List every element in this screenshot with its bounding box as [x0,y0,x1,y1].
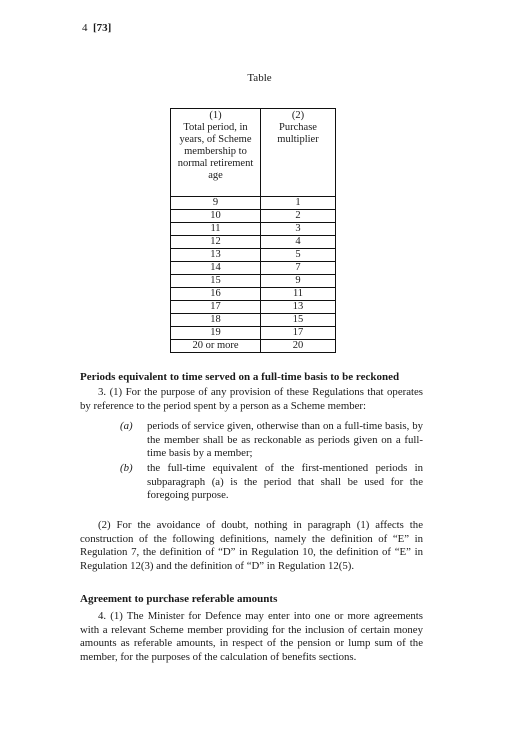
cell-multiplier: 5 [261,249,336,262]
cell-period: 18 [171,314,261,327]
cell-period: 9 [171,197,261,210]
cell-multiplier: 20 [261,340,336,353]
table-caption: Table [0,72,519,84]
cell-multiplier: 15 [261,314,336,327]
table-row: 135 [171,249,336,262]
table-row: 91 [171,197,336,210]
cell-multiplier: 9 [261,275,336,288]
cell-multiplier: 3 [261,223,336,236]
column-label: Purchase multiplier [261,122,335,146]
table-row: 124 [171,236,336,249]
cell-period: 14 [171,262,261,275]
cell-period: 11 [171,223,261,236]
cell-period: 19 [171,327,261,340]
table-row: 147 [171,262,336,275]
cell-period: 12 [171,236,261,249]
section-3-paragraph-1: 3. (1) For the purpose of any provision … [80,386,423,413]
column-number: (2) [261,110,335,122]
table-row: 20 or more20 [171,340,336,353]
cell-multiplier: 17 [261,327,336,340]
cell-multiplier: 1 [261,197,336,210]
cell-period: 17 [171,301,261,314]
section-4-paragraph-1: 4. (1) The Minister for Defence may ente… [80,610,423,664]
page-number-value: 4 [82,22,88,34]
table-row: 1611 [171,288,336,301]
column-header-multiplier: (2) Purchase multiplier [261,109,336,197]
column-number: (1) [171,110,260,122]
cell-period: 13 [171,249,261,262]
item-text: the full-time equivalent of the first-me… [147,462,423,503]
section-3-heading: Periods equivalent to time served on a f… [80,371,399,383]
table-row: 1815 [171,314,336,327]
table-row: 102 [171,210,336,223]
cell-multiplier: 4 [261,236,336,249]
cell-period: 20 or more [171,340,261,353]
cell-period: 16 [171,288,261,301]
item-label: (a) [120,420,133,434]
cell-multiplier: 2 [261,210,336,223]
cell-period: 15 [171,275,261,288]
purchase-multiplier-table: (1) Total period, in years, of Scheme me… [170,108,336,353]
item-text: periods of service given, otherwise than… [147,420,423,461]
page-number: 4 [73] [82,22,111,34]
table-row: 113 [171,223,336,236]
table-body: 91102113124135147159161117131815191720 o… [171,197,336,353]
table-row: 159 [171,275,336,288]
table-header-row: (1) Total period, in years, of Scheme me… [171,109,336,197]
page-ref: [73] [93,22,111,34]
cell-multiplier: 11 [261,288,336,301]
cell-multiplier: 7 [261,262,336,275]
table-row: 1713 [171,301,336,314]
cell-period: 10 [171,210,261,223]
column-label: Total period, in years, of Scheme member… [171,122,260,182]
table-row: 1917 [171,327,336,340]
cell-multiplier: 13 [261,301,336,314]
section-3-paragraph-2: (2) For the avoidance of doubt, nothing … [80,519,423,573]
item-label: (b) [120,462,133,476]
column-header-period: (1) Total period, in years, of Scheme me… [171,109,261,197]
section-4-heading: Agreement to purchase referable amounts [80,593,277,605]
